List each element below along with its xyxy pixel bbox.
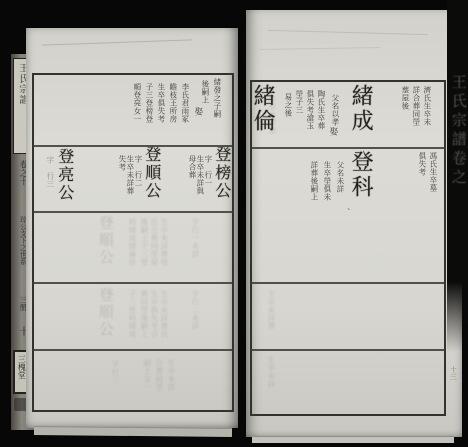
bleedthrough-text: 子三登科緒成 bbox=[128, 290, 136, 338]
entry-note-column: 父名未詳 bbox=[336, 161, 344, 193]
entry-note-column: 塋子三 bbox=[295, 90, 303, 114]
bleedthrough-text: 嗣上女一 bbox=[143, 359, 151, 391]
bleedthrough-text: 生卒俱失考合 bbox=[150, 290, 158, 338]
entry-punctuation: 、 bbox=[342, 208, 350, 216]
entry-note-column: 瞻枝王所房 bbox=[169, 83, 177, 123]
bleedthrough-text: 登順公 bbox=[97, 215, 113, 266]
bleedthrough-text: 生卒未詳 bbox=[267, 356, 275, 388]
entry-note-column: 失考 bbox=[118, 155, 126, 171]
row-divider bbox=[250, 147, 446, 149]
left-spine-number: 十 bbox=[16, 326, 27, 336]
entry-header-xucheng: 緒成 bbox=[349, 84, 372, 134]
entry-note-column: 李氏君雨冢 bbox=[181, 83, 189, 123]
bleedthrough-text: 登順公 bbox=[97, 287, 113, 338]
entry-note-column: 生卒未詳葬 bbox=[126, 155, 134, 195]
row-divider bbox=[32, 211, 234, 213]
entry-header-dengke: 登科 bbox=[349, 150, 372, 200]
right-book-spine: 王氏宗譜卷之 bbox=[447, 0, 468, 352]
entry-note-column: 母合葬 bbox=[188, 155, 196, 179]
bleedthrough-text: 科緒成緒倫佳 bbox=[128, 218, 136, 266]
entry-note-column: 詳合葬同塋 bbox=[412, 86, 420, 126]
left-spine-hall-stamp: 三槐堂 bbox=[17, 355, 25, 379]
entry-note-column: 馮氏生卒墓 bbox=[429, 152, 437, 192]
entry-note-column: 子三登榜登 bbox=[145, 83, 153, 123]
page-stack-edge bbox=[252, 436, 454, 443]
entry-note-column: 生卒俱失考 bbox=[157, 83, 165, 123]
bleedthrough-text: 葬同塋後嗣上 bbox=[140, 290, 148, 338]
bleedthrough-text: 生卒未詳葬氏 bbox=[160, 290, 168, 338]
entry-note-column: 後嗣上 bbox=[201, 80, 209, 104]
entry-header-dengshun: 登順公 bbox=[143, 146, 160, 200]
entry-note-column: 娶 bbox=[328, 127, 337, 136]
entry-header-dengbang: 登榜公 bbox=[213, 146, 230, 200]
entry-note-column: 緒發之子嗣 bbox=[213, 78, 221, 118]
right-spine-title: 王氏宗譜卷之 bbox=[450, 74, 466, 188]
entry-note-column: 俱失考 bbox=[418, 152, 426, 176]
bleedthrough-text: 字行二未詳 bbox=[191, 290, 199, 330]
entry-note-column: 字 行一 bbox=[204, 155, 212, 187]
entry-note-column: 字 行三 bbox=[46, 156, 54, 188]
entry-note-column: 字 行二 bbox=[134, 155, 142, 187]
bleedthrough-text: 氏合葬同塋屋 bbox=[150, 218, 158, 266]
bleedthrough-text: 字行三 bbox=[111, 360, 119, 384]
entry-note-column: 陶氏生卒葬 bbox=[317, 90, 325, 130]
entry-note-column: 詳葬後嗣上 bbox=[310, 161, 318, 201]
entry-header-dengliang: 登亮公 bbox=[56, 148, 73, 202]
entry-header-xulun: 緒倫 bbox=[251, 84, 274, 134]
entry-note-column: 濟氏生卒未 bbox=[423, 86, 431, 126]
scanned-genealogy-spread: 王氏宗譜 卷之十 琮公支下之世系 三册 十 三槐堂 緒發之子嗣 後嗣上 娶 李氏… bbox=[0, 0, 468, 447]
entry-note-column: 順登亮女一 bbox=[133, 83, 141, 123]
entry-note-column: 易之後 bbox=[284, 93, 292, 117]
page-stack-edge bbox=[34, 426, 232, 437]
bleedthrough-text: 生卒未詳 bbox=[167, 359, 175, 391]
bleedthrough-text: 生卒未詳葬母 bbox=[160, 218, 168, 266]
row-divider bbox=[32, 349, 234, 351]
entry-note-column: 娶 bbox=[193, 107, 202, 116]
entry-note-column: 生卒塋俱未 bbox=[323, 161, 331, 201]
bleedthrough-text: 字行一未詳 bbox=[191, 218, 199, 258]
bleedthrough-text: 生卒未詳葬 bbox=[267, 290, 275, 330]
entry-note-column: 塟屋後 bbox=[401, 86, 409, 110]
bleedthrough-text: 後嗣上子三登 bbox=[140, 218, 148, 266]
row-divider bbox=[32, 282, 234, 284]
margin-fascicle-mark: 十三 bbox=[449, 366, 456, 380]
row-divider bbox=[250, 349, 446, 351]
bleedthrough-text: 合葬同塋 bbox=[155, 359, 163, 391]
entry-note-column: 父名以孝 bbox=[331, 94, 339, 126]
row-divider bbox=[32, 145, 234, 147]
row-divider bbox=[250, 282, 446, 284]
entry-note-column: 俱失考滄玉 bbox=[306, 90, 314, 130]
entry-note-column: 生卒未詳與 bbox=[196, 155, 204, 195]
